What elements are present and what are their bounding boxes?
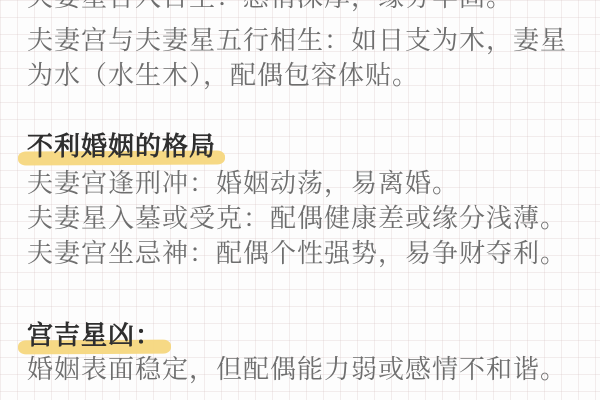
highlighted-heading-text: 宫吉星凶： bbox=[27, 321, 162, 351]
body-line-palace-taboo-god: 夫妻宫坐忌神：配偶个性强势，易争财夺利。 bbox=[27, 239, 567, 269]
highlighted-heading-text: 不利婚姻的格局 bbox=[27, 132, 216, 162]
body-line-surface-stable: 婚姻表面稳定，但配偶能力弱或感情不和谐。 bbox=[27, 355, 567, 385]
body-line-five-elements-1: 夫妻宫与夫妻星五行相生：如日支为木，妻星 bbox=[27, 26, 567, 56]
body-line-star-entombed: 夫妻星入墓或受克：配偶健康差或缘分浅薄。 bbox=[27, 204, 567, 234]
body-line-five-elements-2: 为水（水生木），配偶包容体贴。 bbox=[27, 61, 419, 91]
body-line-palace-clash: 夫妻宫逢刑冲：婚姻动荡，易离婚。 bbox=[27, 169, 459, 199]
body-line-spouse-star-combine: 夫妻星合入日主：感情深厚，缘分牢固。 bbox=[27, 0, 513, 13]
section-heading-unfavourable-patterns: 不利婚姻的格局 bbox=[27, 132, 216, 162]
section-heading-palace-good-star-bad: 宫吉星凶： bbox=[27, 321, 162, 351]
note-page: 夫妻星合入日主：感情深厚，缘分牢固。 夫妻宫与夫妻星五行相生：如日支为木，妻星 … bbox=[0, 0, 600, 400]
